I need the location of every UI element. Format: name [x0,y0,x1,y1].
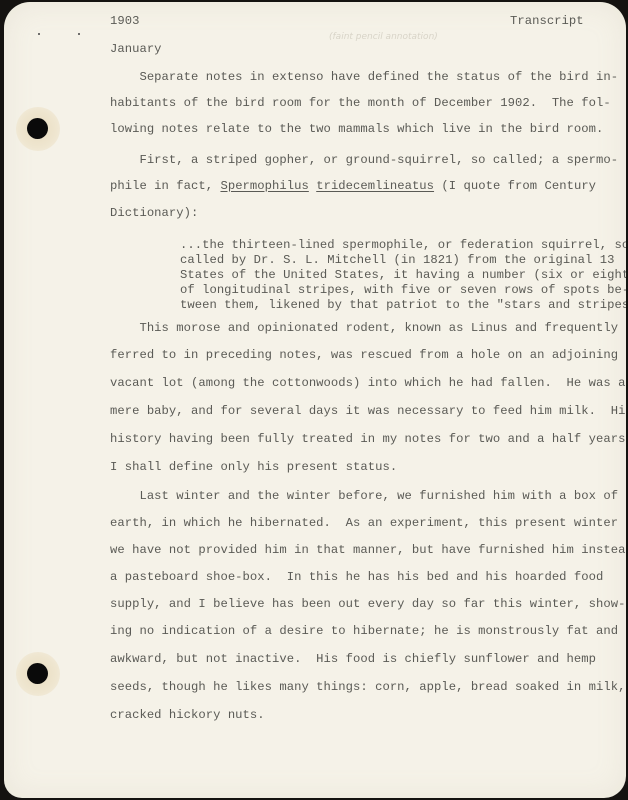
para2-line: Dictionary): [110,206,198,220]
para3-line: This morose and opinionated rodent, know… [110,321,626,335]
para3-line: I shall define only his present status. [110,460,397,474]
para3-line: mere baby, and for several days it was n… [110,404,626,418]
quote-line: States of the United States, it having a… [180,268,626,282]
binder-hole-top [16,107,60,151]
para2-line: phile in fact, Spermophilus tridecemline… [110,179,596,193]
quote-line: ...the thirteen-lined spermophile, or fe… [180,238,626,252]
quote-line: tween them, likened by that patriot to t… [180,298,626,312]
quote-line: called by Dr. S. L. Mitchell (in 1821) f… [180,253,614,267]
para4-line: seeds, though he likes many things: corn… [110,680,625,694]
para1-line: lowing notes relate to the two mammals w… [110,122,603,136]
para3-line: vacant lot (among the cottonwoods) into … [110,376,625,390]
para3-line: history having been fully treated in my … [110,432,626,446]
para4-line: Last winter and the winter before, we fu… [110,489,618,503]
header-year: 1903 [110,14,139,28]
para1-line: Separate notes in extenso have defined t… [110,70,618,84]
para1-line: habitants of the bird room for the month… [110,96,611,110]
binder-hole-bottom [16,652,60,696]
pin-mark [78,33,80,35]
genus-name: Spermophilus [220,179,308,193]
quote-line: of longitudinal stripes, with five or se… [180,283,626,297]
para4-line: we have not provided him in that manner,… [110,543,626,557]
document-page: (faint pencil annotation) 1903 Transcrip… [4,2,626,798]
header-label: Transcript [510,14,584,28]
para4-line: earth, in which he hibernated. As an exp… [110,516,618,530]
para4-line: a pasteboard shoe-box. In this he has hi… [110,570,603,584]
para3-line: ferred to in preceding notes, was rescue… [110,348,618,362]
para4-line: supply, and I believe has been out every… [110,597,625,611]
para4-line: awkward, but not inactive. His food is c… [110,652,596,666]
pin-mark [38,33,40,35]
para4-line: cracked hickory nuts. [110,708,265,722]
header-month: January [110,42,162,56]
pencil-annotation: (faint pencil annotation) [329,32,438,42]
para4-line: ing no indication of a desire to hiberna… [110,624,618,638]
species-name: tridecemlineatus [316,179,434,193]
para2-line: First, a striped gopher, or ground-squir… [110,153,618,167]
